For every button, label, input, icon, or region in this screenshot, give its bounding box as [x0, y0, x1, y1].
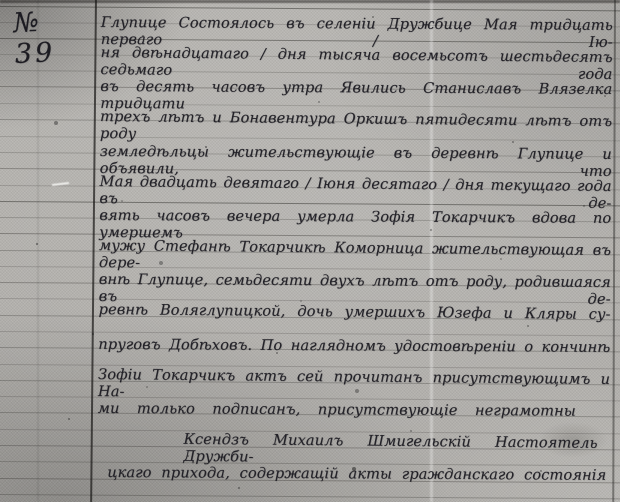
scanned-register-page: № 39 Глупице Состоялось въ селеніи Дружб…: [0, 0, 620, 502]
manuscript-line: внѣ Глупице, семьдесяти двухъ лѣтъ отъ р…: [99, 271, 611, 300]
manuscript-line: Мая двадцать девятаго / Іюня десятаго / …: [99, 173, 611, 204]
manuscript-line: въ десять часовъ утра Явились Станиславъ…: [100, 78, 612, 107]
manuscript-line: Глупице Состоялось въ селеніи Дружбице М…: [101, 14, 613, 43]
manuscript-signature-line: Ксендзъ Михаилъ Шмигельскій Настоятель Д…: [183, 431, 597, 461]
manuscript-line: мужу Стефанѣ Токарчикѣ Коморница жительс…: [99, 237, 611, 268]
manuscript-line: трехъ лѣтъ и Бонавентура Оркишъ пятидеся…: [100, 108, 612, 139]
manuscript-line: ревнѣ Воляглупицкой, дочь умершихъ Юзефа…: [98, 301, 610, 332]
manuscript-line: пруговъ Добѣховъ. По наглядномъ удостовѣ…: [98, 336, 610, 365]
manuscript-line: вять часовъ вечера умерла Зофія Токарчик…: [99, 207, 611, 236]
manuscript-line: Зофіи Токарчикъ актъ сей прочитанъ прису…: [98, 366, 610, 397]
manuscript-signature-line: цкаго прихода, содержащій акты гражданск…: [107, 464, 606, 493]
manuscript-line: ми только подписанъ, присутствующіе негр…: [98, 400, 576, 429]
manuscript-text-block: Глупице Состоялось въ селеніи Дружбице М…: [0, 0, 620, 502]
manuscript-line: земледѣльцы жительствующіе въ деревнѣ Гл…: [100, 143, 612, 172]
manuscript-line: ня двѣнадцатаго / дня тысяча восемьсотъ …: [100, 44, 612, 75]
